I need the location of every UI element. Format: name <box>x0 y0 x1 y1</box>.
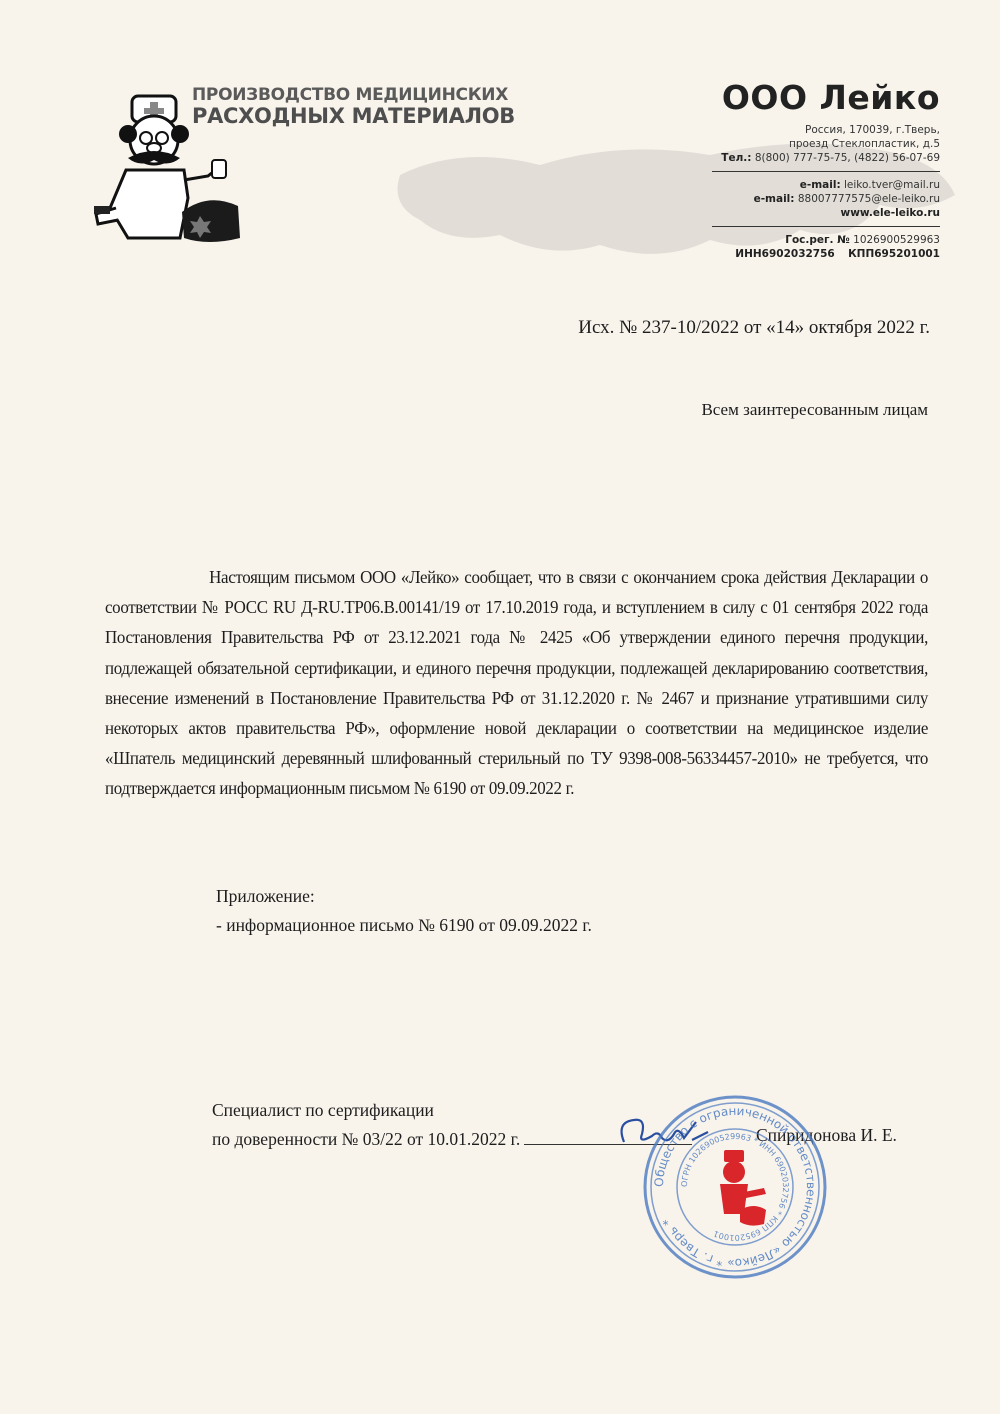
attachment-item: - информационное письмо № 6190 от 09.09.… <box>216 911 592 940</box>
signature-authority: по доверенности № 03/22 от 10.01.2022 г. <box>212 1129 520 1149</box>
brand-tagline: ПРОИЗВОДСТВО МЕДИЦИНСКИХ РАСХОДНЫХ МАТЕР… <box>192 86 515 128</box>
address-line-1: Россия, 170039, г.Тверь, <box>712 123 940 137</box>
email-1[interactable]: leiko.tver@mail.ru <box>844 179 940 191</box>
email-label: e-mail: <box>754 193 795 205</box>
reg-label: Гос.рег. № <box>785 234 850 246</box>
tagline-line-1: ПРОИЗВОДСТВО МЕДИЦИНСКИХ <box>192 86 515 105</box>
divider <box>712 226 940 227</box>
outgoing-reference: Исх. № 237-10/2022 от «14» октября 2022 … <box>578 317 930 339</box>
phone-label: Тел.: <box>721 152 751 164</box>
body-text: Настоящим письмом ООО «Лейко» сообщает, … <box>105 567 928 798</box>
reg-value: 1026900529963 <box>853 234 940 246</box>
address-line-2: проезд Стеклопластик, д.5 <box>712 137 940 151</box>
registration-line: Гос.рег. № 1026900529963 <box>712 233 940 247</box>
inn: ИНН6902032756 <box>735 248 834 260</box>
attachment-label: Приложение: <box>216 882 592 911</box>
inn-kpp-line: ИНН6902032756 КПП695201001 <box>712 247 940 261</box>
website-link[interactable]: www.ele-leiko.ru <box>841 207 941 219</box>
attachment-block: Приложение: - информационное письмо № 61… <box>216 882 592 940</box>
kpp: КПП695201001 <box>848 248 940 260</box>
phone-line: Тел.: 8(800) 777-75-75, (4822) 56-07-69 <box>712 151 940 165</box>
email-2[interactable]: 88007777575@ele-leiko.ru <box>798 193 940 205</box>
email-line-2: e-mail: 88007777575@ele-leiko.ru <box>712 192 940 206</box>
body-paragraph: Настоящим письмом ООО «Лейко» сообщает, … <box>105 562 928 804</box>
tagline-line-2: РАСХОДНЫХ МАТЕРИАЛОВ <box>192 105 515 128</box>
website-line: www.ele-leiko.ru <box>712 206 940 220</box>
letter-page: ПРОИЗВОДСТВО МЕДИЦИНСКИХ РАСХОДНЫХ МАТЕР… <box>0 0 1000 1414</box>
addressee: Всем заинтересованным лицам <box>701 400 928 420</box>
company-seal-stamp: Общество с ограниченной ответственностью… <box>640 1092 830 1282</box>
divider <box>712 171 940 172</box>
company-contact-block: ООО Лейко Россия, 170039, г.Тверь, проез… <box>712 78 940 261</box>
email-label: e-mail: <box>800 179 841 191</box>
company-name: ООО Лейко <box>712 78 940 117</box>
email-line-1: e-mail: leiko.tver@mail.ru <box>712 178 940 192</box>
phone-value: 8(800) 777-75-75, (4822) 56-07-69 <box>755 152 940 164</box>
